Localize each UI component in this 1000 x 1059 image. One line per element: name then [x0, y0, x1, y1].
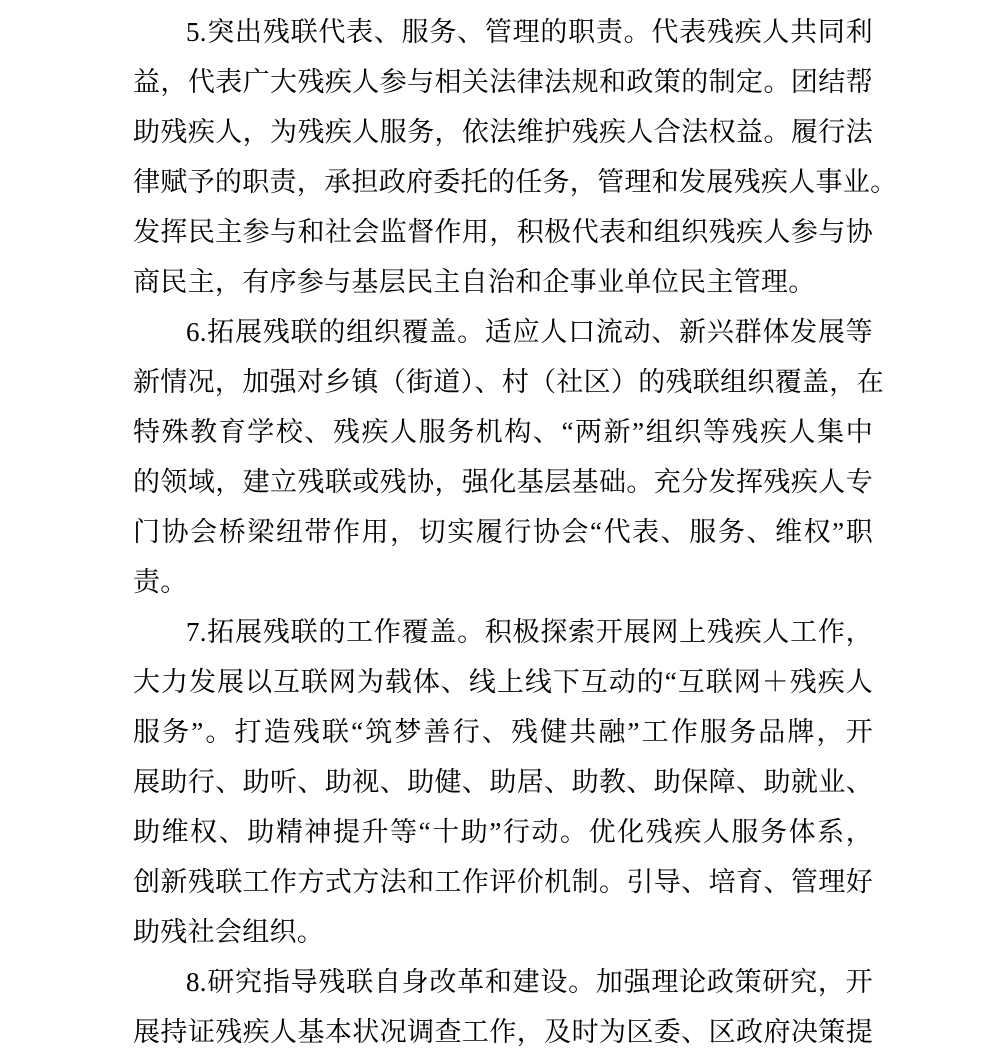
- document-page: 5.突出残联代表、服务、管理的职责。代表残疾人共同利益，代表广大残疾人参与相关法…: [0, 0, 1000, 1059]
- text-line: 5.突出残联代表、服务、管理的职责。代表残疾人共同利: [133, 7, 873, 57]
- text-line: 助维权、助精神提升等“十助”行动。优化残疾人服务体系，: [133, 807, 873, 857]
- paragraph: 5.突出残联代表、服务、管理的职责。代表残疾人共同利益，代表广大残疾人参与相关法…: [133, 7, 1000, 307]
- text-line: 服务”。打造残联“筑梦善行、残健共融”工作服务品牌，开: [133, 707, 873, 757]
- text-line: 6.拓展残联的组织覆盖。适应人口流动、新兴群体发展等: [133, 307, 873, 357]
- text-line: 新情况，加强对乡镇（街道）、村（社区）的残联组织覆盖，在: [133, 357, 873, 407]
- text-line: 展助行、助听、助视、助健、助居、助教、助保障、助就业、: [133, 757, 873, 807]
- text-line: 展持证残疾人基本状况调查工作，及时为区委、区政府决策提: [133, 1007, 873, 1057]
- text-line: 发挥民主参与和社会监督作用，积极代表和组织残疾人参与协: [133, 207, 873, 257]
- text-line: 特殊教育学校、残疾人服务机构、“两新”组织等残疾人集中: [133, 407, 873, 457]
- text-line: 门协会桥梁纽带作用，切实履行协会“代表、服务、维权”职: [133, 507, 873, 557]
- text-line: 商民主，有序参与基层民主自治和企事业单位民主管理。: [133, 257, 873, 307]
- text-line: 大力发展以互联网为载体、线上线下互动的“互联网＋残疾人: [133, 657, 873, 707]
- text-line: 助残社会组织。: [133, 907, 873, 957]
- text-line: 益，代表广大残疾人参与相关法律法规和政策的制定。团结帮: [133, 57, 873, 107]
- text-line: 责。: [133, 557, 873, 607]
- text-line: 7.拓展残联的工作覆盖。积极探索开展网上残疾人工作，: [133, 607, 873, 657]
- text-line: 8.研究指导残联自身改革和建设。加强理论政策研究，开: [133, 957, 873, 1007]
- text-line: 助残疾人，为残疾人服务，依法维护残疾人合法权益。履行法: [133, 107, 873, 157]
- paragraph: 8.研究指导残联自身改革和建设。加强理论政策研究，开展持证残疾人基本状况调查工作…: [133, 957, 1000, 1057]
- text-line: 创新残联工作方式方法和工作评价机制。引导、培育、管理好: [133, 857, 873, 907]
- text-line: 的领域，建立残联或残协，强化基层基础。充分发挥残疾人专: [133, 457, 873, 507]
- paragraph: 6.拓展残联的组织覆盖。适应人口流动、新兴群体发展等新情况，加强对乡镇（街道）、…: [133, 307, 1000, 607]
- paragraph: 7.拓展残联的工作覆盖。积极探索开展网上残疾人工作，大力发展以互联网为载体、线上…: [133, 607, 1000, 957]
- text-line: 律赋予的职责，承担政府委托的任务，管理和发展残疾人事业。: [133, 157, 873, 207]
- document-body: 5.突出残联代表、服务、管理的职责。代表残疾人共同利益，代表广大残疾人参与相关法…: [0, 0, 1000, 1057]
